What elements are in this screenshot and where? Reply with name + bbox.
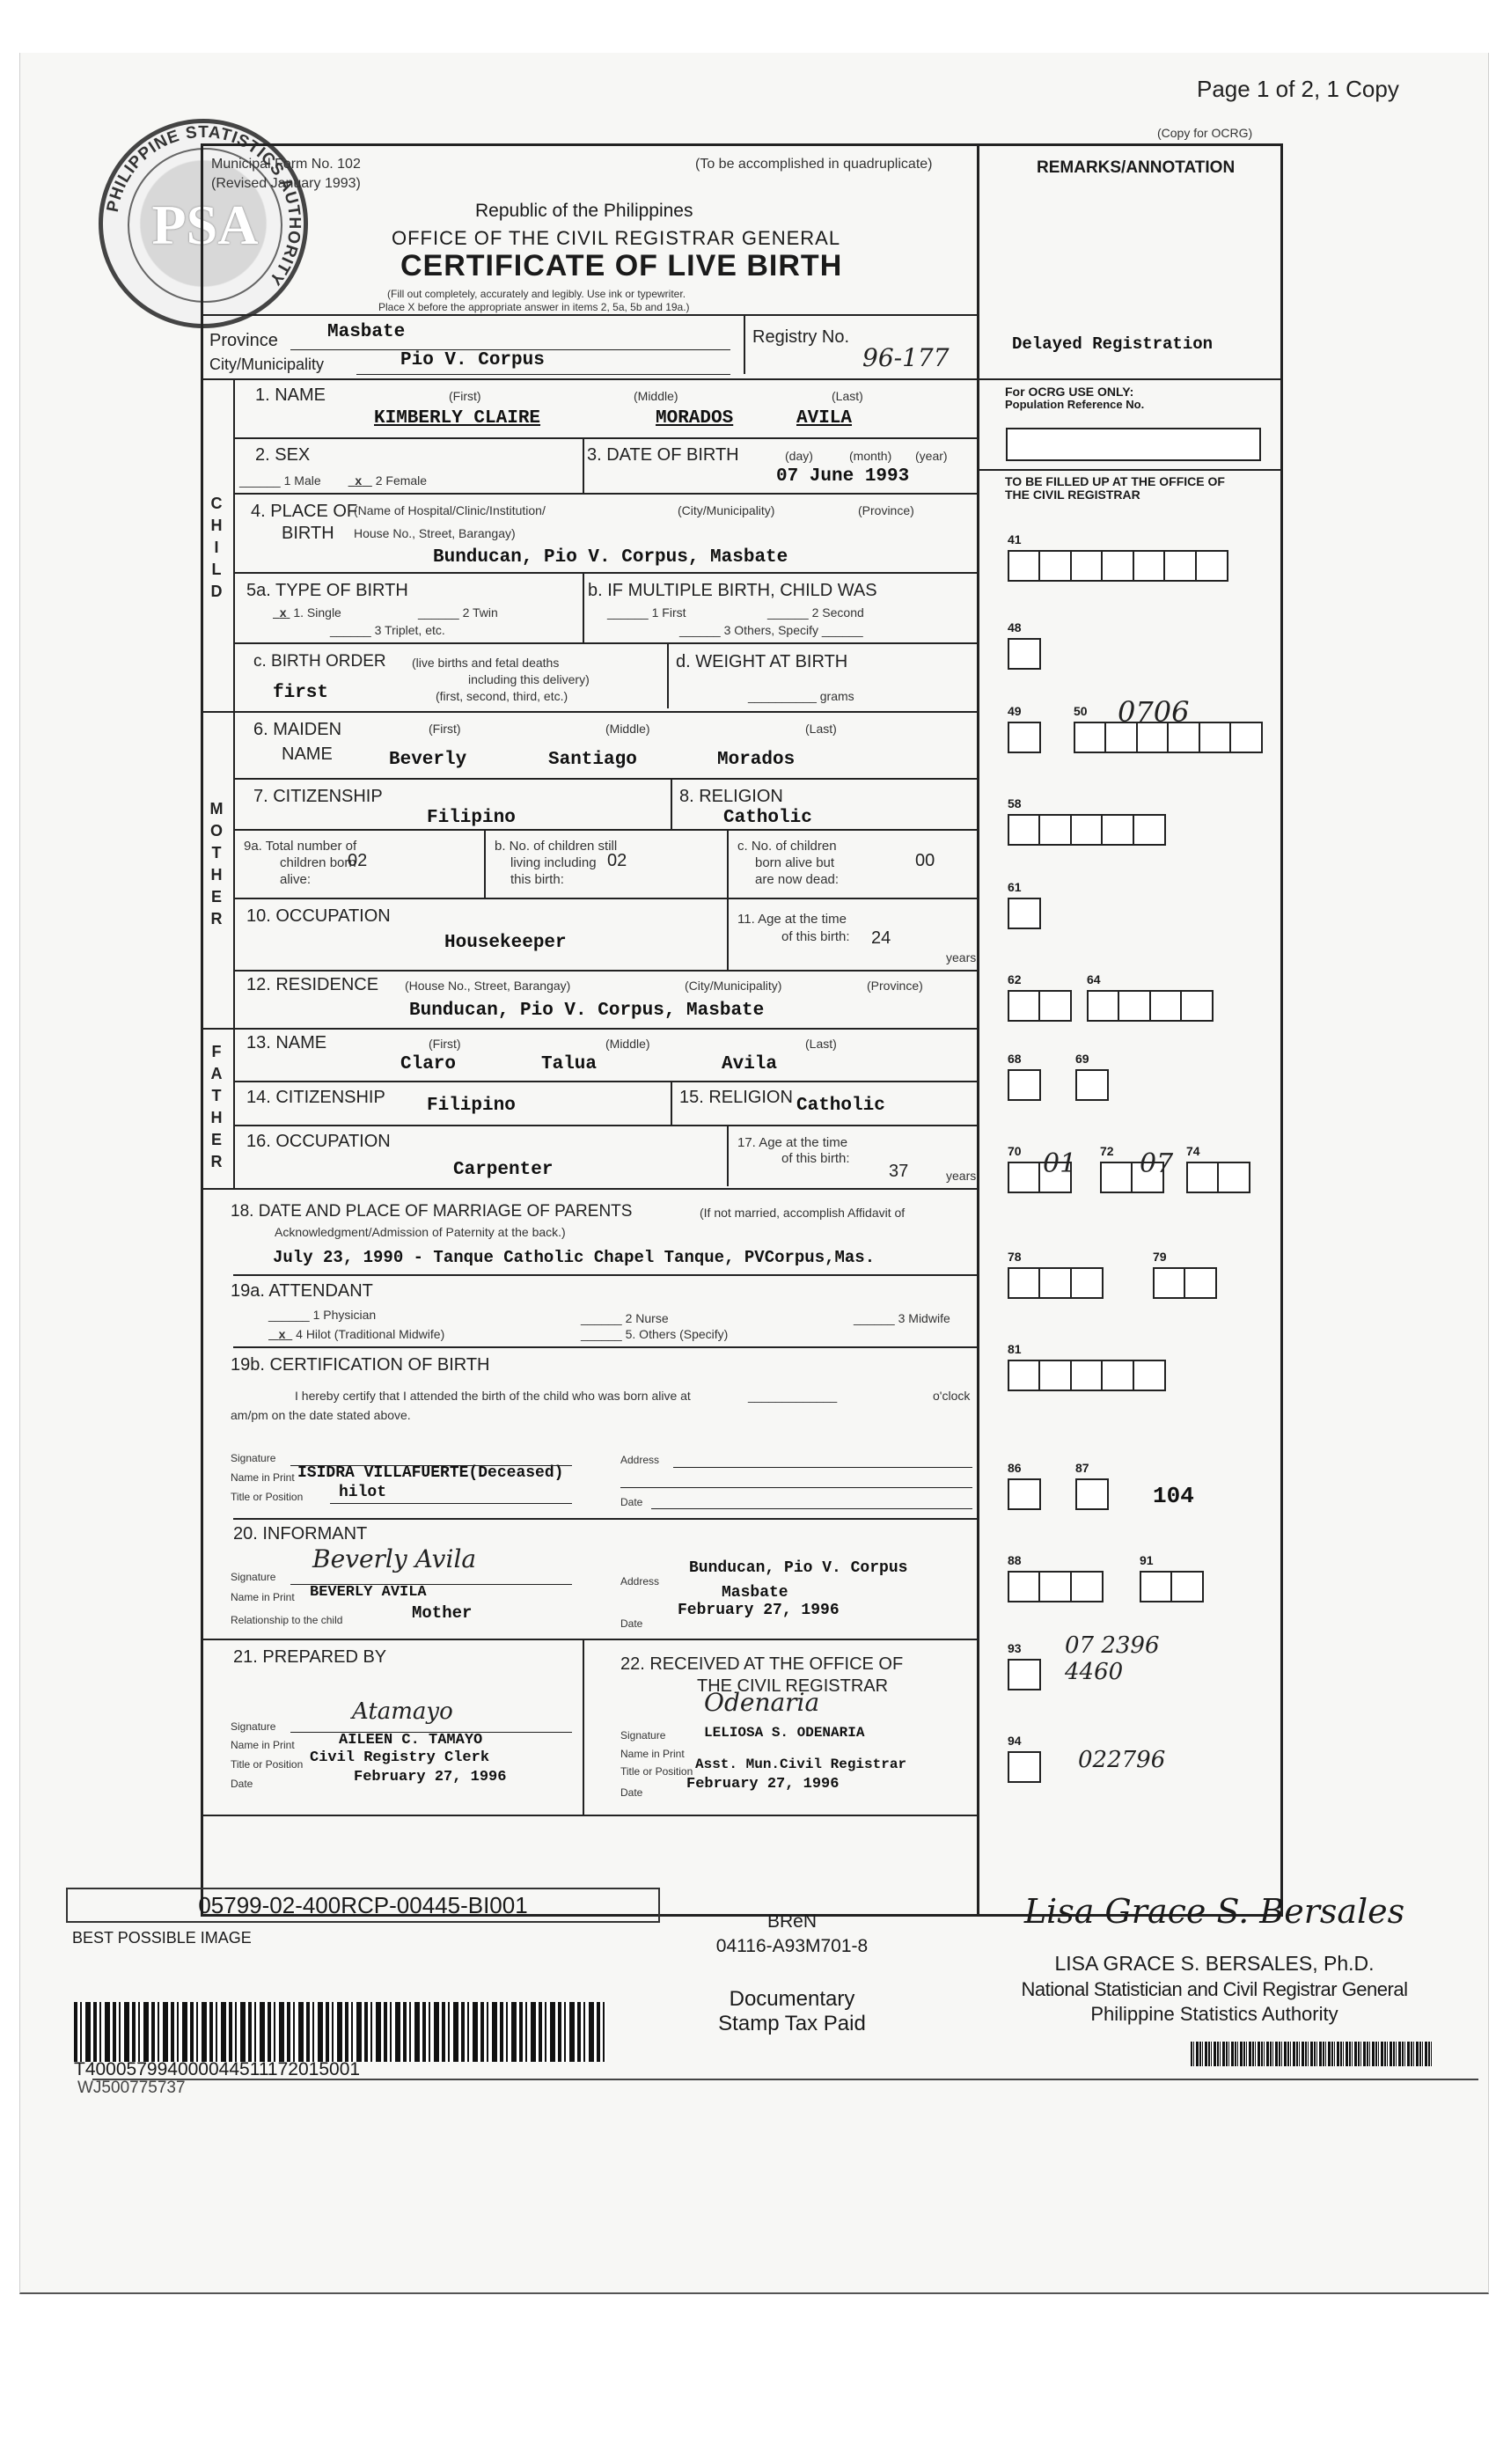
father-citizenship: Filipino <box>427 1096 516 1116</box>
ocrg-digit-box[interactable] <box>1038 990 1072 1022</box>
province-value: Masbate <box>327 322 405 342</box>
ocrg-field-62[interactable] <box>1009 990 1072 1022</box>
ocrg-note-87: 104 <box>1153 1483 1194 1509</box>
ocrg-digit-box[interactable] <box>1184 1267 1217 1299</box>
mother-age-label: 11. Age at the time <box>737 912 847 927</box>
ocrg-field-78[interactable] <box>1009 1267 1104 1299</box>
pob-label: 4. PLACE OF <box>251 502 357 522</box>
ocrg-digit-box[interactable] <box>1008 1478 1041 1510</box>
residence-label: 12. RESIDENCE <box>246 975 378 995</box>
informant-relationship: Mother <box>412 1603 472 1623</box>
dob-label: 3. DATE OF BIRTH <box>587 445 739 466</box>
province-label: Province <box>209 331 278 351</box>
certifier-date-label: Date <box>620 1496 642 1508</box>
birth-type-single[interactable]: x 1. Single <box>273 605 341 620</box>
marriage-value: July 23, 1990 - Tanque Catholic Chapel T… <box>273 1248 875 1267</box>
attendant-nurse[interactable]: ______ 2 Nurse <box>581 1311 669 1325</box>
last-header: (Last) <box>832 389 863 403</box>
certifier-name: ISIDRA VILLAFUERTE(Deceased) <box>297 1464 563 1482</box>
marriage-note-2: Acknowledgment/Admission of Paternity at… <box>275 1225 566 1239</box>
child-name-label: 1. NAME <box>255 385 326 406</box>
informant-date-label: Date <box>620 1617 642 1630</box>
serial-number: WJ500775737 <box>77 2079 186 2098</box>
received-label: 22. RECEIVED AT THE OFFICE OF <box>620 1654 903 1675</box>
father-citizenship-label: 14. CITIZENSHIP <box>246 1088 385 1108</box>
father-middle-name: Talua <box>541 1054 597 1074</box>
multiple-second[interactable]: ______ 2 Second <box>767 605 864 620</box>
informant-signature-label: Signature <box>231 1571 275 1583</box>
preparer-signature: Atamayo <box>352 1698 453 1725</box>
registry-value: 96-177 <box>862 343 950 372</box>
ocrg-field-code: 87 <box>1075 1461 1089 1475</box>
mother-name-label-2: NAME <box>282 744 333 765</box>
multiple-others[interactable]: ______ 3 Others, Specify ______ <box>679 623 863 637</box>
ocrg-digit-box[interactable] <box>1087 990 1120 1022</box>
instruction-line-2: Place X before the appropriate answer in… <box>378 301 690 313</box>
ocrg-digit-box[interactable] <box>1100 1162 1133 1193</box>
mother-religion: Catholic <box>723 808 812 828</box>
informant-address-1: Bunducan, Pio V. Corpus <box>689 1559 907 1577</box>
ocrg-digit-box[interactable] <box>1038 1360 1072 1391</box>
form-revised: (Revised January 1993) <box>211 176 361 192</box>
instruction-line-1: (Fill out completely, accurately and leg… <box>387 288 686 300</box>
informant-name-label: Name in Print <box>231 1591 295 1603</box>
born-alive-label: 9a. Total number of <box>244 839 356 854</box>
attendant-physician[interactable]: ______ 1 Physician <box>268 1308 376 1322</box>
ocrg-digit-box[interactable] <box>1149 990 1183 1022</box>
mother-religion-label: 8. RELIGION <box>679 787 783 807</box>
ocrg-field-code: 74 <box>1186 1144 1200 1158</box>
father-religion-label: 15. RELIGION <box>679 1088 793 1108</box>
certifier-title-label: Title or Position <box>231 1491 303 1503</box>
mother-last-name: Morados <box>717 750 795 770</box>
ocrg-field-61[interactable] <box>1009 898 1041 929</box>
dead-label: c. No. of children <box>737 839 837 854</box>
birth-type-twin[interactable]: ______ 2 Twin <box>418 605 498 620</box>
registrar-title: National Statistician and Civil Registra… <box>968 1978 1461 2001</box>
dob-month-header: (month) <box>849 449 891 463</box>
informant-address-label: Address <box>620 1575 659 1588</box>
pob-label-2: BIRTH <box>282 524 334 544</box>
ocrg-field-88[interactable] <box>1009 1571 1104 1602</box>
preparer-date-label: Date <box>231 1778 253 1790</box>
multiple-birth-label: b. IF MULTIPLE BIRTH, CHILD WAS <box>588 581 877 601</box>
mother-first-name: Beverly <box>389 750 466 770</box>
certification-text: I hereby certify that I attended the bir… <box>295 1389 691 1403</box>
dead-label-3: are now dead: <box>755 872 839 887</box>
prepared-by-label: 21. PREPARED BY <box>233 1647 386 1668</box>
ocrg-field-code: 86 <box>1008 1461 1022 1475</box>
pob-value: Bunducan, Pio V. Corpus, Masbate <box>433 547 788 568</box>
ocrg-digit-box[interactable] <box>1133 550 1166 582</box>
office-label: OFFICE OF THE CIVIL REGISTRAR GENERAL <box>392 227 840 250</box>
oclock-label: o'clock <box>933 1389 970 1403</box>
born-alive-label-2: children born <box>280 855 356 870</box>
pob-header-2: (City/Municipality) <box>678 503 774 517</box>
ocrg-digit-box[interactable] <box>1180 990 1214 1022</box>
mother-section-label: MOTHER <box>208 798 225 930</box>
ocrg-digit-box[interactable] <box>1008 638 1041 670</box>
stamp-tax-label-2: Stamp Tax Paid <box>686 2012 898 2036</box>
attendant-label: 19a. ATTENDANT <box>231 1281 373 1302</box>
sex-label: 2. SEX <box>255 445 310 466</box>
certification-text-2: am/pm on the date stated above. <box>231 1408 411 1422</box>
ocrg-digit-box[interactable] <box>1186 1162 1220 1193</box>
ocrg-field-code: 62 <box>1008 972 1022 986</box>
ocrg-field-code: 41 <box>1008 532 1022 546</box>
ocrg-digit-box[interactable] <box>1070 550 1104 582</box>
residence-header-2: (City/Municipality) <box>685 979 781 993</box>
city-value: Pio V. Corpus <box>400 350 545 370</box>
ocrg-digit-box[interactable] <box>1101 1360 1134 1391</box>
receiver-title-label: Title or Position <box>620 1765 693 1778</box>
birth-time-field[interactable]: _____________ <box>748 1389 837 1403</box>
ocrg-digit-box[interactable] <box>1075 1478 1109 1510</box>
father-first-name: Claro <box>400 1054 456 1074</box>
child-last-name: AVILA <box>796 408 852 429</box>
ocrg-digit-box[interactable] <box>1133 1360 1166 1391</box>
ocrg-field-code: 68 <box>1008 1052 1022 1066</box>
ocrg-digit-box[interactable] <box>1133 814 1166 846</box>
living-label: b. No. of children still <box>495 839 617 854</box>
informant-date: February 27, 1996 <box>678 1602 840 1619</box>
ocrg-digit-box[interactable] <box>1195 550 1228 582</box>
receiver-title: Asst. Mun.Civil Registrar <box>695 1756 906 1772</box>
ocrg-digit-box[interactable] <box>1008 1751 1041 1783</box>
reference-number: 05799-02-400RCP-00445-BI001 <box>66 1888 660 1923</box>
ocrg-digit-box[interactable] <box>1070 814 1104 846</box>
ocrg-field-91[interactable] <box>1141 1571 1204 1602</box>
ocrg-note-70: 01 <box>1043 1148 1076 1179</box>
pob-header-1b: House No., Street, Barangay) <box>354 526 516 540</box>
preparer-date: February 27, 1996 <box>354 1769 506 1786</box>
ocrg-field-87[interactable] <box>1077 1478 1109 1510</box>
certification-label: 19b. CERTIFICATION OF BIRTH <box>231 1355 490 1375</box>
weight-label: d. WEIGHT AT BIRTH <box>676 652 847 672</box>
ocrg-digit-box[interactable] <box>1074 722 1107 753</box>
ocrg-field-code: 72 <box>1100 1144 1114 1158</box>
ocrg-digit-box[interactable] <box>1008 550 1041 582</box>
ocrg-field-93[interactable] <box>1009 1659 1041 1690</box>
mother-citizenship: Filipino <box>427 808 516 828</box>
footer-divider <box>92 2079 1478 2080</box>
father-age: 37 <box>889 1162 908 1182</box>
ocrg-field-code: 78 <box>1008 1250 1022 1264</box>
registrar-signature: Lisa Grace S. Bersales <box>968 1892 1461 1931</box>
ocrg-field-86[interactable] <box>1009 1478 1041 1510</box>
ocrg-field-74[interactable] <box>1188 1162 1250 1193</box>
civil-registrar-label: TO BE FILLED UP AT THE OFFICE OF THE CIV… <box>1005 475 1234 502</box>
mother-age-label-2: of this birth: <box>781 929 850 944</box>
registry-label: Registry No. <box>752 327 849 348</box>
barcode-text: T400057994000044511172015001 <box>74 2059 360 2080</box>
ocrg-field-code: 93 <box>1008 1641 1022 1655</box>
ocrg-field-code: 48 <box>1008 620 1022 634</box>
father-religion: Catholic <box>796 1096 885 1116</box>
residence-value: Bunducan, Pio V. Corpus, Masbate <box>409 1001 764 1021</box>
ocrg-note-94: 022796 <box>1078 1747 1165 1773</box>
relationship-label: Relationship to the child <box>231 1614 342 1626</box>
ocrg-digit-box[interactable] <box>1008 1360 1041 1391</box>
remarks-title: REMARKS/ANNOTATION <box>1037 158 1235 178</box>
father-occupation: Carpenter <box>453 1160 553 1180</box>
ocrg-field-code: 91 <box>1140 1553 1154 1567</box>
born-alive-label-3: alive: <box>280 872 311 887</box>
preparer-name-label: Name in Print <box>231 1739 295 1751</box>
ocrg-field-code: 94 <box>1008 1734 1022 1748</box>
ocrg-field-code: 61 <box>1008 880 1022 894</box>
ocrg-field-code: 70 <box>1008 1144 1022 1158</box>
living-value: 02 <box>607 851 627 871</box>
receiver-signature-label: Signature <box>620 1729 665 1742</box>
ocrg-digit-box[interactable] <box>1163 550 1197 582</box>
ocrg-digit-box[interactable] <box>1008 814 1041 846</box>
receiver-name: LELIOSA S. ODENARIA <box>704 1725 864 1741</box>
ocrg-digit-box[interactable] <box>1008 990 1041 1022</box>
republic-label: Republic of the Philippines <box>475 201 693 222</box>
ocrg-field-69[interactable] <box>1077 1069 1109 1101</box>
ocrg-digit-box[interactable] <box>1199 722 1232 753</box>
ocrg-field-code: 81 <box>1008 1342 1022 1356</box>
registrar-name: LISA GRACE S. BERSALES, Ph.D. <box>968 1952 1461 1976</box>
birth-order-value: first <box>273 683 328 703</box>
first-header: (First) <box>449 389 481 403</box>
preparer-signature-label: Signature <box>231 1720 275 1733</box>
bren-label: BReN <box>704 1911 880 1932</box>
certifier-title: hilot <box>339 1484 386 1501</box>
mother-name-label: 6. MAIDEN <box>253 720 341 740</box>
birth-order-header-3: (first, second, third, etc.) <box>436 689 568 703</box>
remarks-value: Delayed Registration <box>1012 334 1213 354</box>
birth-order-label: c. BIRTH ORDER <box>253 652 386 671</box>
ocrg-field-58[interactable] <box>1009 814 1166 846</box>
stamp-tax-label-1: Documentary <box>686 1987 898 2012</box>
mother-age-unit: years <box>946 950 976 964</box>
ocrg-digit-box[interactable] <box>1140 1571 1173 1602</box>
father-last-name: Avila <box>722 1054 777 1074</box>
receiver-date-label: Date <box>620 1786 642 1799</box>
ocrg-digit-box[interactable] <box>1008 898 1041 929</box>
ocrg-digit-box[interactable] <box>1008 1571 1041 1602</box>
preparer-title: Civil Registry Clerk <box>310 1749 489 1766</box>
document-title: CERTIFICATE OF LIVE BIRTH <box>400 249 842 283</box>
copy-for-label: (Copy for OCRG) <box>1157 126 1252 140</box>
ocrg-field-code: 50 <box>1074 704 1088 718</box>
ocrg-use-only-label: For OCRG USE ONLY: <box>1005 385 1133 399</box>
ocrg-digit-box[interactable] <box>1008 722 1041 753</box>
ocrg-digit-box[interactable] <box>1070 1571 1104 1602</box>
attendant-hilot[interactable]: x 4 Hilot (Traditional Midwife) <box>268 1327 444 1341</box>
ocrg-digit-box[interactable] <box>1070 1360 1104 1391</box>
sex-option-female[interactable]: x 2 Female <box>304 473 427 488</box>
ocrg-digit-box[interactable] <box>1038 550 1072 582</box>
city-label: City/Municipality <box>209 356 324 374</box>
preparer-name: AILEEN C. TAMAYO <box>339 1732 482 1749</box>
ocrg-field-41[interactable] <box>1009 550 1228 582</box>
page-count: Page 1 of 2, 1 Copy <box>1197 76 1399 103</box>
ocrg-note-50: 0706 <box>1118 695 1189 729</box>
informant-name: BEVERLY AVILA <box>310 1584 427 1601</box>
child-middle-name: MORADOS <box>656 408 733 429</box>
child-first-name: KIMBERLY CLAIRE <box>374 408 540 429</box>
ocrg-field-64[interactable] <box>1089 990 1214 1022</box>
bren-number: 04116-A93M701-8 <box>686 1936 898 1957</box>
ocrg-digit-box[interactable] <box>1075 1069 1109 1101</box>
informant-address-2: Masbate <box>722 1584 788 1602</box>
registrar-org: Philippine Statistics Authority <box>968 2003 1461 2026</box>
residence-header-1: (House No., Street, Barangay) <box>405 979 570 993</box>
ocrg-digit-box[interactable] <box>1038 814 1072 846</box>
marriage-label: 18. DATE AND PLACE OF MARRIAGE OF PARENT… <box>231 1202 632 1221</box>
ocrg-digit-box[interactable] <box>1153 1267 1186 1299</box>
population-ref-field[interactable] <box>1006 428 1261 461</box>
certifier-name-label: Name in Print <box>231 1471 295 1484</box>
barcode-icon <box>74 2002 606 2062</box>
dead-value: 00 <box>915 851 935 871</box>
ocrg-field-81[interactable] <box>1009 1360 1166 1391</box>
weight-value: __________ grams <box>748 689 854 703</box>
ocrg-field-94[interactable] <box>1009 1751 1041 1783</box>
ocrg-note-72: 07 <box>1140 1148 1173 1179</box>
last-header: (Last) <box>805 1037 837 1051</box>
last-header: (Last) <box>805 722 837 736</box>
father-occupation-label: 16. OCCUPATION <box>246 1132 391 1152</box>
birth-type-label: 5a. TYPE OF BIRTH <box>246 581 408 601</box>
ocrg-field-68[interactable] <box>1009 1069 1041 1101</box>
ocrg-field-79[interactable] <box>1155 1267 1217 1299</box>
marriage-note-1: (If not married, accomplish Affidavit of <box>700 1206 905 1220</box>
ocrg-field-code: 79 <box>1153 1250 1167 1264</box>
dob-year-header: (year) <box>915 449 948 463</box>
father-age-label-2: of this birth: <box>781 1151 850 1166</box>
dob-day-header: (day) <box>785 449 813 463</box>
multiple-first[interactable]: ______ 1 First <box>607 605 686 620</box>
father-age-unit: years <box>946 1169 976 1183</box>
attendant-midwife[interactable]: ______ 3 Midwife <box>854 1311 950 1325</box>
ocrg-field-code: 64 <box>1087 972 1101 986</box>
ocrg-digit-box[interactable] <box>1008 1069 1041 1101</box>
ocrg-digit-box[interactable] <box>1101 550 1134 582</box>
living-label-2: living including <box>510 855 597 870</box>
middle-header: (Middle) <box>605 722 650 736</box>
ocrg-digit-box[interactable] <box>1070 1267 1104 1299</box>
father-age-label: 17. Age at the time <box>737 1135 847 1150</box>
first-header: (First) <box>429 722 461 736</box>
ocrg-digit-box[interactable] <box>1217 1162 1250 1193</box>
ocrg-digit-box[interactable] <box>1008 1659 1041 1690</box>
informant-label: 20. INFORMANT <box>233 1524 367 1544</box>
receiver-name-label: Name in Print <box>620 1748 685 1760</box>
birth-type-triplet[interactable]: ______ 3 Triplet, etc. <box>330 623 445 637</box>
attendant-others[interactable]: ______ 5. Others (Specify) <box>581 1327 728 1341</box>
father-name-label: 13. NAME <box>246 1033 326 1053</box>
quadruplicate-note: (To be accomplished in quadruplicate) <box>695 157 932 172</box>
ocrg-digit-box[interactable] <box>1038 1267 1072 1299</box>
ocrg-digit-box[interactable] <box>1170 1571 1204 1602</box>
middle-header: (Middle) <box>634 389 678 403</box>
registrar-barcode-icon <box>1191 2042 1433 2066</box>
receiver-date: February 27, 1996 <box>686 1776 839 1793</box>
mother-age: 24 <box>871 928 891 949</box>
certifier-address-label: Address <box>620 1454 659 1466</box>
father-section-label: FATHER <box>208 1041 225 1173</box>
birth-order-header: (live births and fetal deaths <box>412 656 559 670</box>
ocrg-field-code: 58 <box>1008 796 1022 810</box>
best-image-label: BEST POSSIBLE IMAGE <box>72 1929 252 1947</box>
born-alive-value: 02 <box>348 851 367 871</box>
ocrg-digit-box[interactable] <box>1008 1162 1041 1193</box>
pob-header-3: (Province) <box>858 503 914 517</box>
receiver-signature: Odenaria <box>704 1688 819 1717</box>
pob-header-1: (Name of Hospital/Clinic/Institution/ <box>354 503 546 517</box>
mother-citizenship-label: 7. CITIZENSHIP <box>253 787 383 807</box>
form-number: Municipal Form No. 102 <box>211 157 361 172</box>
ocrg-field-code: 49 <box>1008 704 1022 718</box>
birth-order-header-2: including this delivery) <box>468 672 590 686</box>
middle-header: (Middle) <box>605 1037 650 1051</box>
dob-value: 07 June 1993 <box>776 466 909 487</box>
preparer-title-label: Title or Position <box>231 1758 303 1771</box>
ocrg-field-code: 69 <box>1075 1052 1089 1066</box>
residence-header-3: (Province) <box>867 979 923 993</box>
ocrg-digit-box[interactable] <box>1118 990 1151 1022</box>
ocrg-digit-box[interactable] <box>1229 722 1263 753</box>
ocrg-digit-box[interactable] <box>1008 1267 1041 1299</box>
ocrg-digit-box[interactable] <box>1038 1571 1072 1602</box>
ocrg-field-49[interactable] <box>1009 722 1041 753</box>
mother-middle-name: Santiago <box>548 750 637 770</box>
ocrg-note-93: 07 23964460 <box>1065 1632 1160 1685</box>
certifier-signature-label: Signature <box>231 1452 275 1464</box>
dead-label-2: born alive but <box>755 855 834 870</box>
ocrg-digit-box[interactable] <box>1101 814 1134 846</box>
ocrg-field-code: 88 <box>1008 1553 1022 1567</box>
population-ref-label: Population Reference No. <box>1005 398 1144 411</box>
first-header: (First) <box>429 1037 461 1051</box>
living-label-3: this birth: <box>510 872 564 887</box>
child-section-label: CHILD <box>208 493 225 603</box>
mother-occupation-label: 10. OCCUPATION <box>246 906 391 927</box>
ocrg-field-48[interactable] <box>1009 638 1041 670</box>
mother-occupation: Housekeeper <box>444 933 567 953</box>
informant-signature: Beverly Avila <box>312 1544 476 1573</box>
